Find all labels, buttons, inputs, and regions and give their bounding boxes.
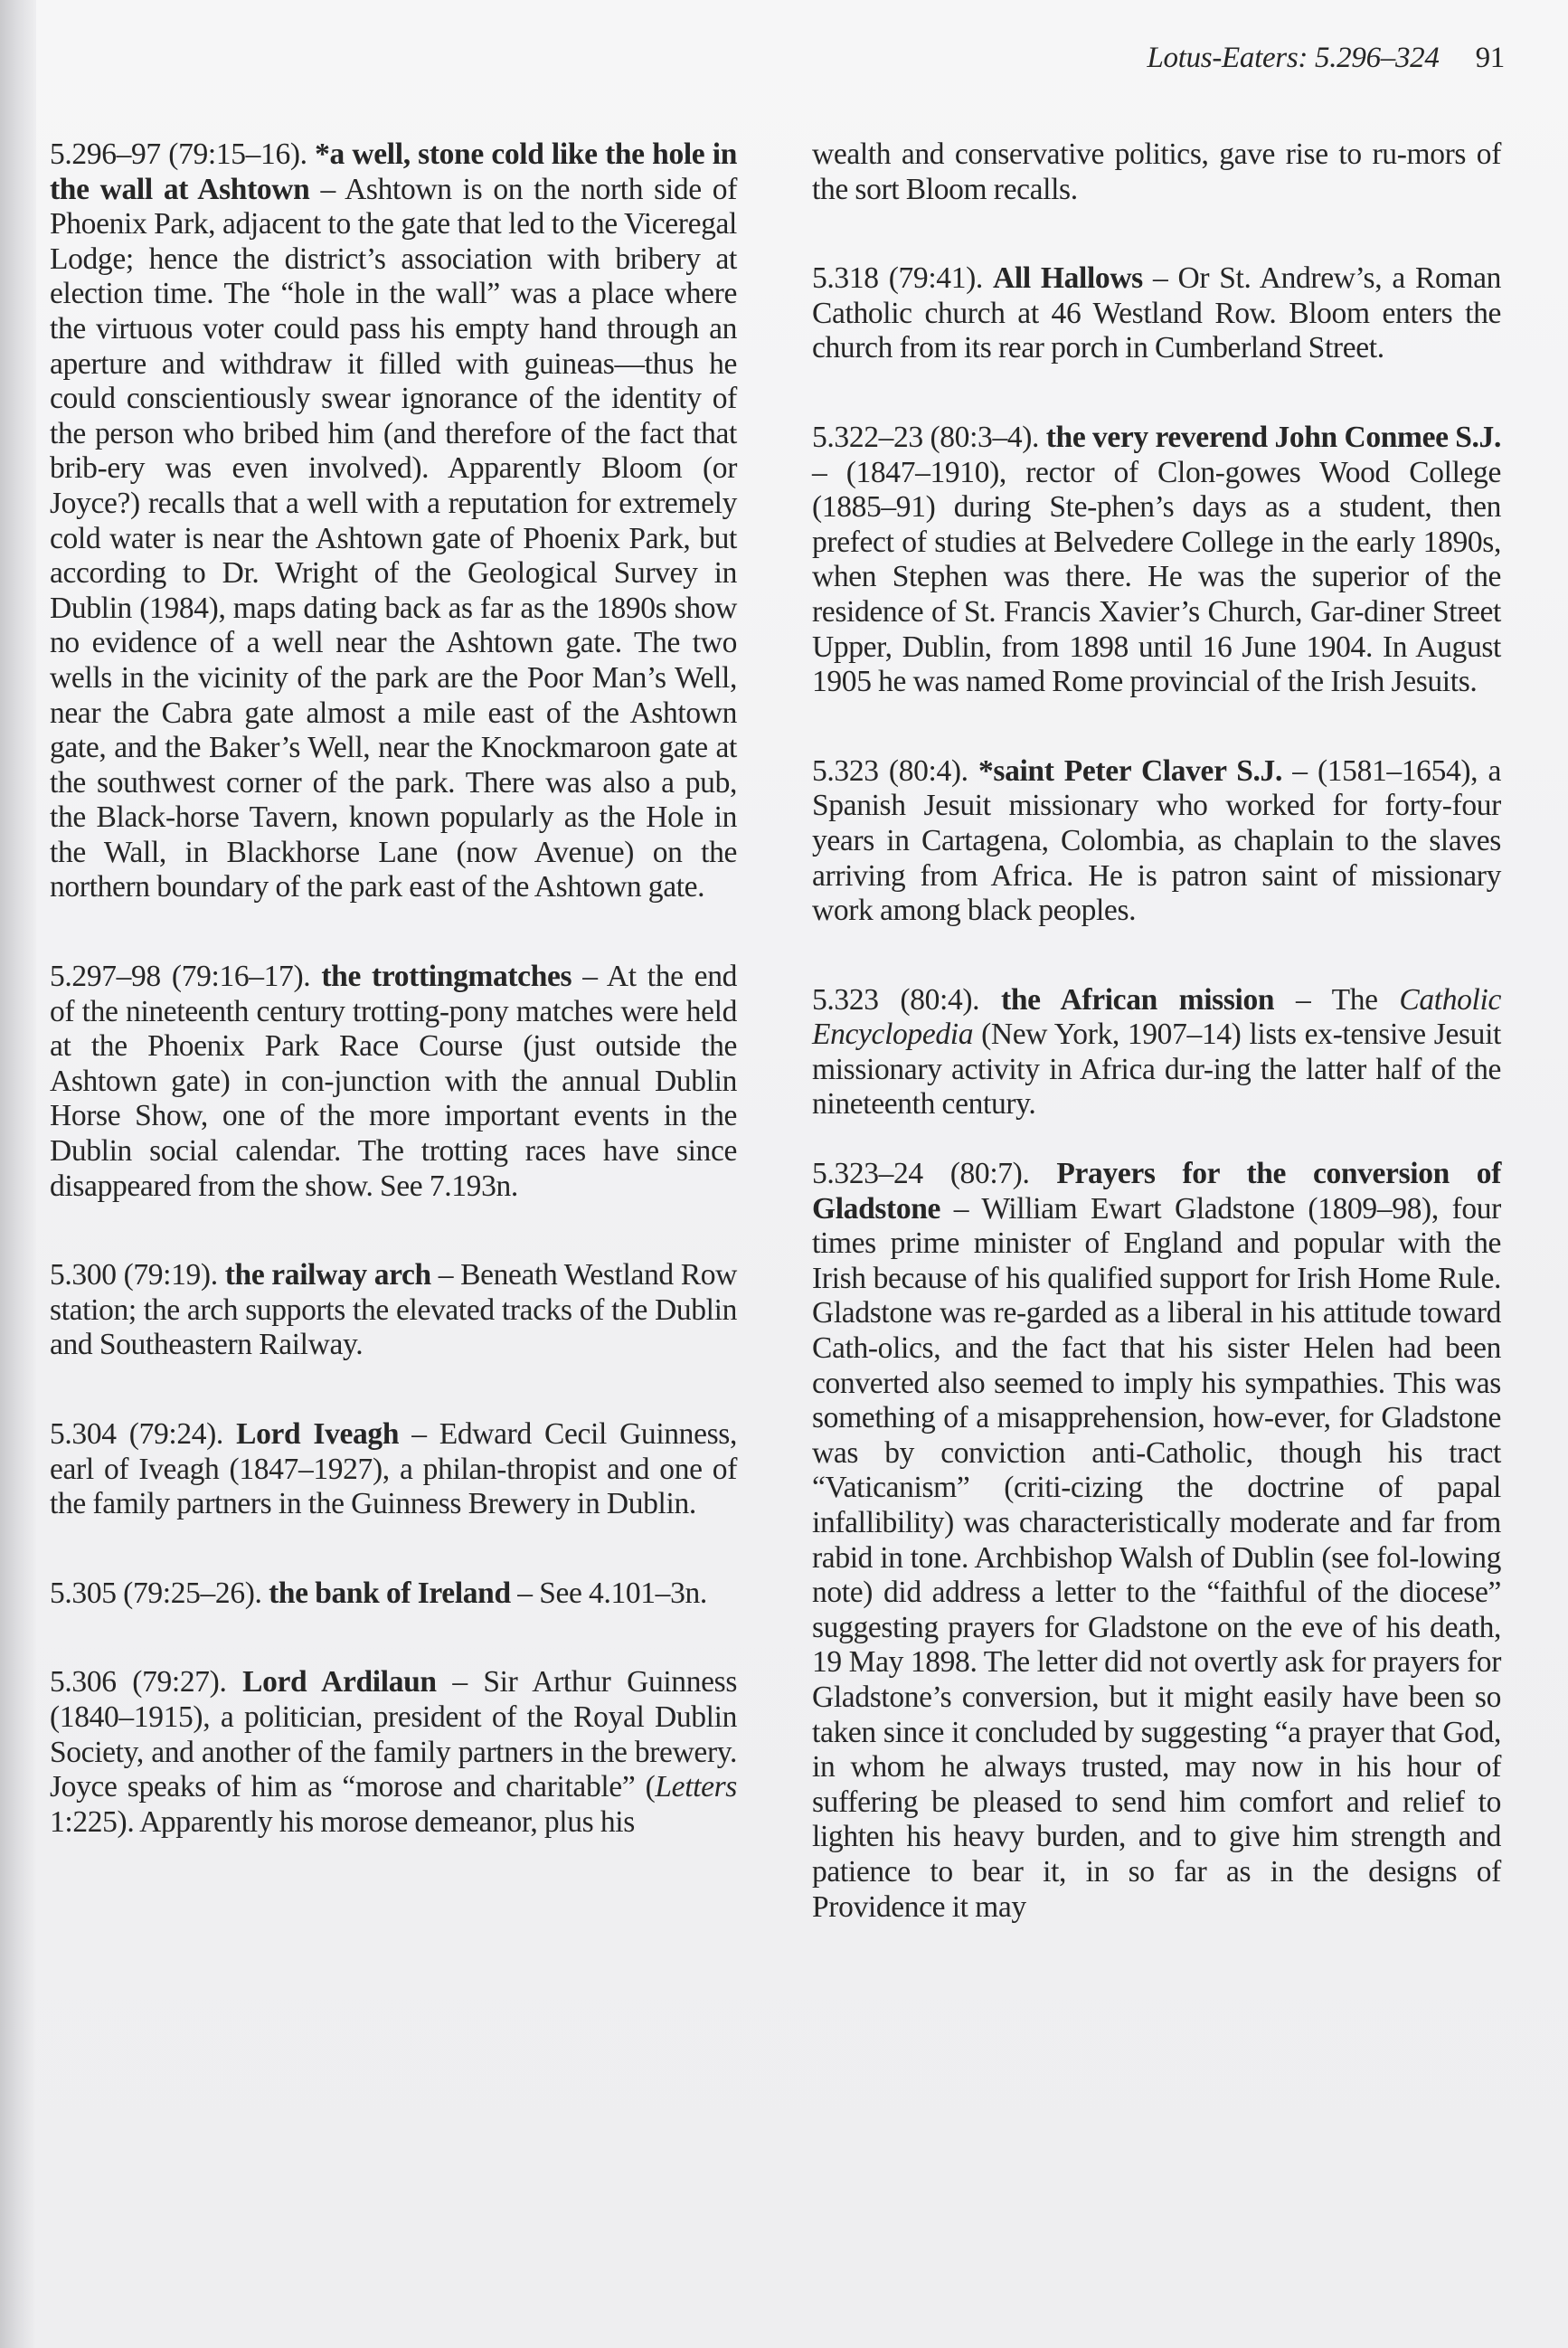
annotation-body: wealth and conservative politics, gave r… (812, 137, 1501, 207)
headword: Lord Iveagh (236, 1417, 399, 1451)
running-head: Lotus-Eaters: 5.296–324 91 (1147, 42, 1505, 75)
headword: the very reverend John Conmee S.J. (1046, 421, 1501, 454)
book-gutter-shadow (0, 0, 36, 2348)
continued-annotation: wealth and conservative politics, gave r… (812, 137, 1501, 207)
line-reference: 5.305 (79:25–26). (50, 1576, 262, 1610)
dash-separator: – (1143, 261, 1178, 295)
headword: the railway arch (225, 1258, 431, 1292)
right-column: wealth and conservative politics, gave r… (812, 137, 1501, 1959)
annotation-body: William Ewart Gladstone (1809–98), four … (812, 1192, 1501, 1924)
cited-work-title: Letters (655, 1770, 737, 1804)
annotation-entry: 5.322–23 (80:3–4). the very reverend Joh… (812, 421, 1501, 700)
line-reference: 5.296–97 (79:15–16). (50, 137, 307, 171)
line-reference: 5.323 (80:4). (812, 983, 979, 1017)
annotation-entry: 5.304 (79:24). Lord Iveagh – Edward Ceci… (50, 1417, 737, 1522)
dash-separator: – (399, 1417, 439, 1451)
annotation-entry: 5.297–98 (79:16–17). the trottingmatches… (50, 960, 737, 1204)
dash-separator: – (511, 1576, 539, 1610)
left-column: 5.296–97 (79:15–16). *a well, stone cold… (50, 137, 737, 1874)
dash-separator: – (1274, 983, 1331, 1017)
dash-separator: – (571, 960, 607, 993)
page-number: 91 (1476, 42, 1505, 75)
annotation-body: At the end of the nineteenth century tro… (50, 960, 737, 1203)
annotation-entry: 5.296–97 (79:15–16). *a well, stone cold… (50, 137, 737, 905)
line-reference: 5.323 (80:4). (812, 754, 968, 788)
dash-separator: – (812, 456, 846, 489)
dash-separator: – (431, 1258, 460, 1292)
dash-separator: – (309, 173, 345, 206)
annotation-body: The (1332, 983, 1400, 1017)
dash-separator: – (437, 1665, 484, 1699)
line-reference: 5.318 (79:41). (812, 261, 983, 295)
annotation-entry: 5.318 (79:41). All Hallows – Or St. Andr… (812, 261, 1501, 366)
annotation-entry: 5.323 (80:4). *saint Peter Claver S.J. –… (812, 754, 1501, 929)
annotation-entry: 5.306 (79:27). Lord Ardilaun – Sir Arthu… (50, 1665, 737, 1840)
headword: the trottingmatches (321, 960, 571, 993)
annotation-body: Ashtown is on the north side of Phoenix … (50, 173, 737, 904)
line-reference: 5.323–24 (80:7). (812, 1157, 1030, 1190)
line-reference: 5.304 (79:24). (50, 1417, 223, 1451)
headword: the African mission (1001, 983, 1274, 1017)
line-reference: 5.306 (79:27). (50, 1665, 226, 1699)
annotation-entry: 5.323–24 (80:7). Prayers for the convers… (812, 1157, 1501, 1925)
annotation-body: (1847–1910), rector of Clon-gowes Wood C… (812, 456, 1501, 699)
annotation-entry: 5.323 (80:4). the African mission – The … (812, 983, 1501, 1122)
annotation-entry: 5.300 (79:19). the railway arch – Beneat… (50, 1258, 737, 1363)
annotation-body-cont: 1:225). Apparently his morose demeanor, … (50, 1805, 635, 1839)
annotation-body: See 4.101–3n. (539, 1576, 707, 1610)
line-reference: 5.300 (79:19). (50, 1258, 218, 1292)
headword: *saint Peter Claver S.J. (978, 754, 1282, 788)
headword: the bank of Ireland (269, 1576, 511, 1610)
line-reference: 5.322–23 (80:3–4). (812, 421, 1039, 454)
headword: Lord Ardilaun (242, 1665, 437, 1699)
chapter-range-title: Lotus-Eaters: 5.296–324 (1147, 42, 1439, 75)
dash-separator: – (1282, 754, 1318, 788)
dash-separator: – (940, 1192, 981, 1226)
annotation-entry: 5.305 (79:25–26). the bank of Ireland – … (50, 1576, 737, 1612)
headword: All Hallows (993, 261, 1143, 295)
line-reference: 5.297–98 (79:16–17). (50, 960, 310, 993)
